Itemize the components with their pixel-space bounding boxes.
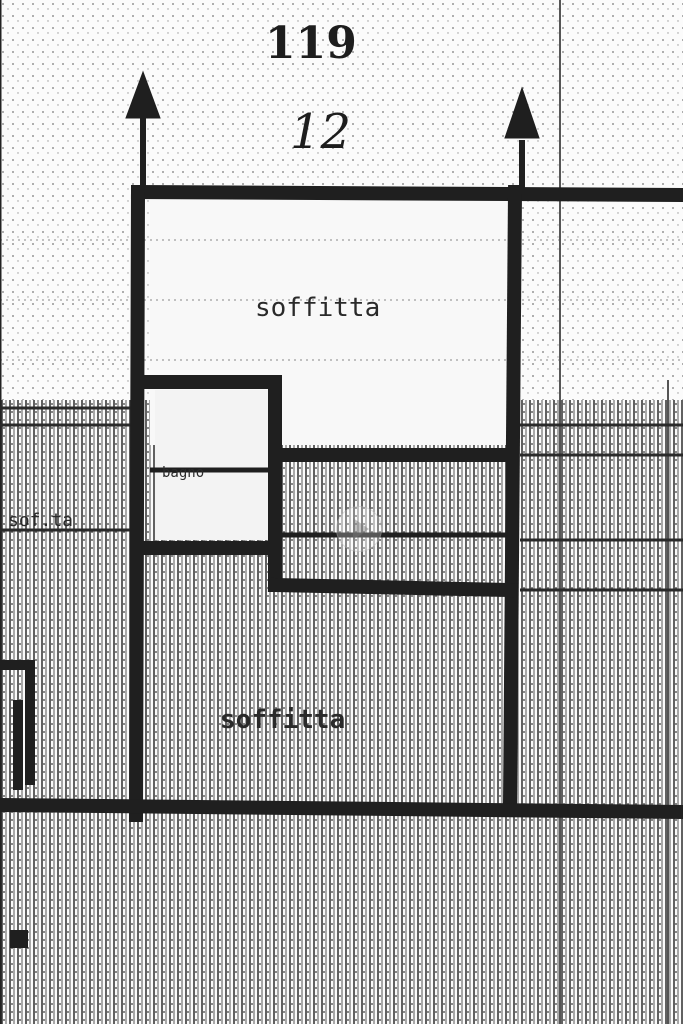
play-icon[interactable] [336, 506, 382, 552]
room-label-lower: soffitta [220, 705, 345, 735]
room-label-upper: soffitta [255, 293, 380, 323]
sheet-subnumber: 12 [290, 104, 351, 160]
sheet-number: 119 [265, 18, 357, 69]
room-label-bath: bagno [162, 465, 204, 481]
floor-plan-viewer: 119 12 soffitta bagno soffitta sof.ta [0, 0, 683, 1024]
adjacent-room-label: sof.ta [8, 510, 73, 531]
